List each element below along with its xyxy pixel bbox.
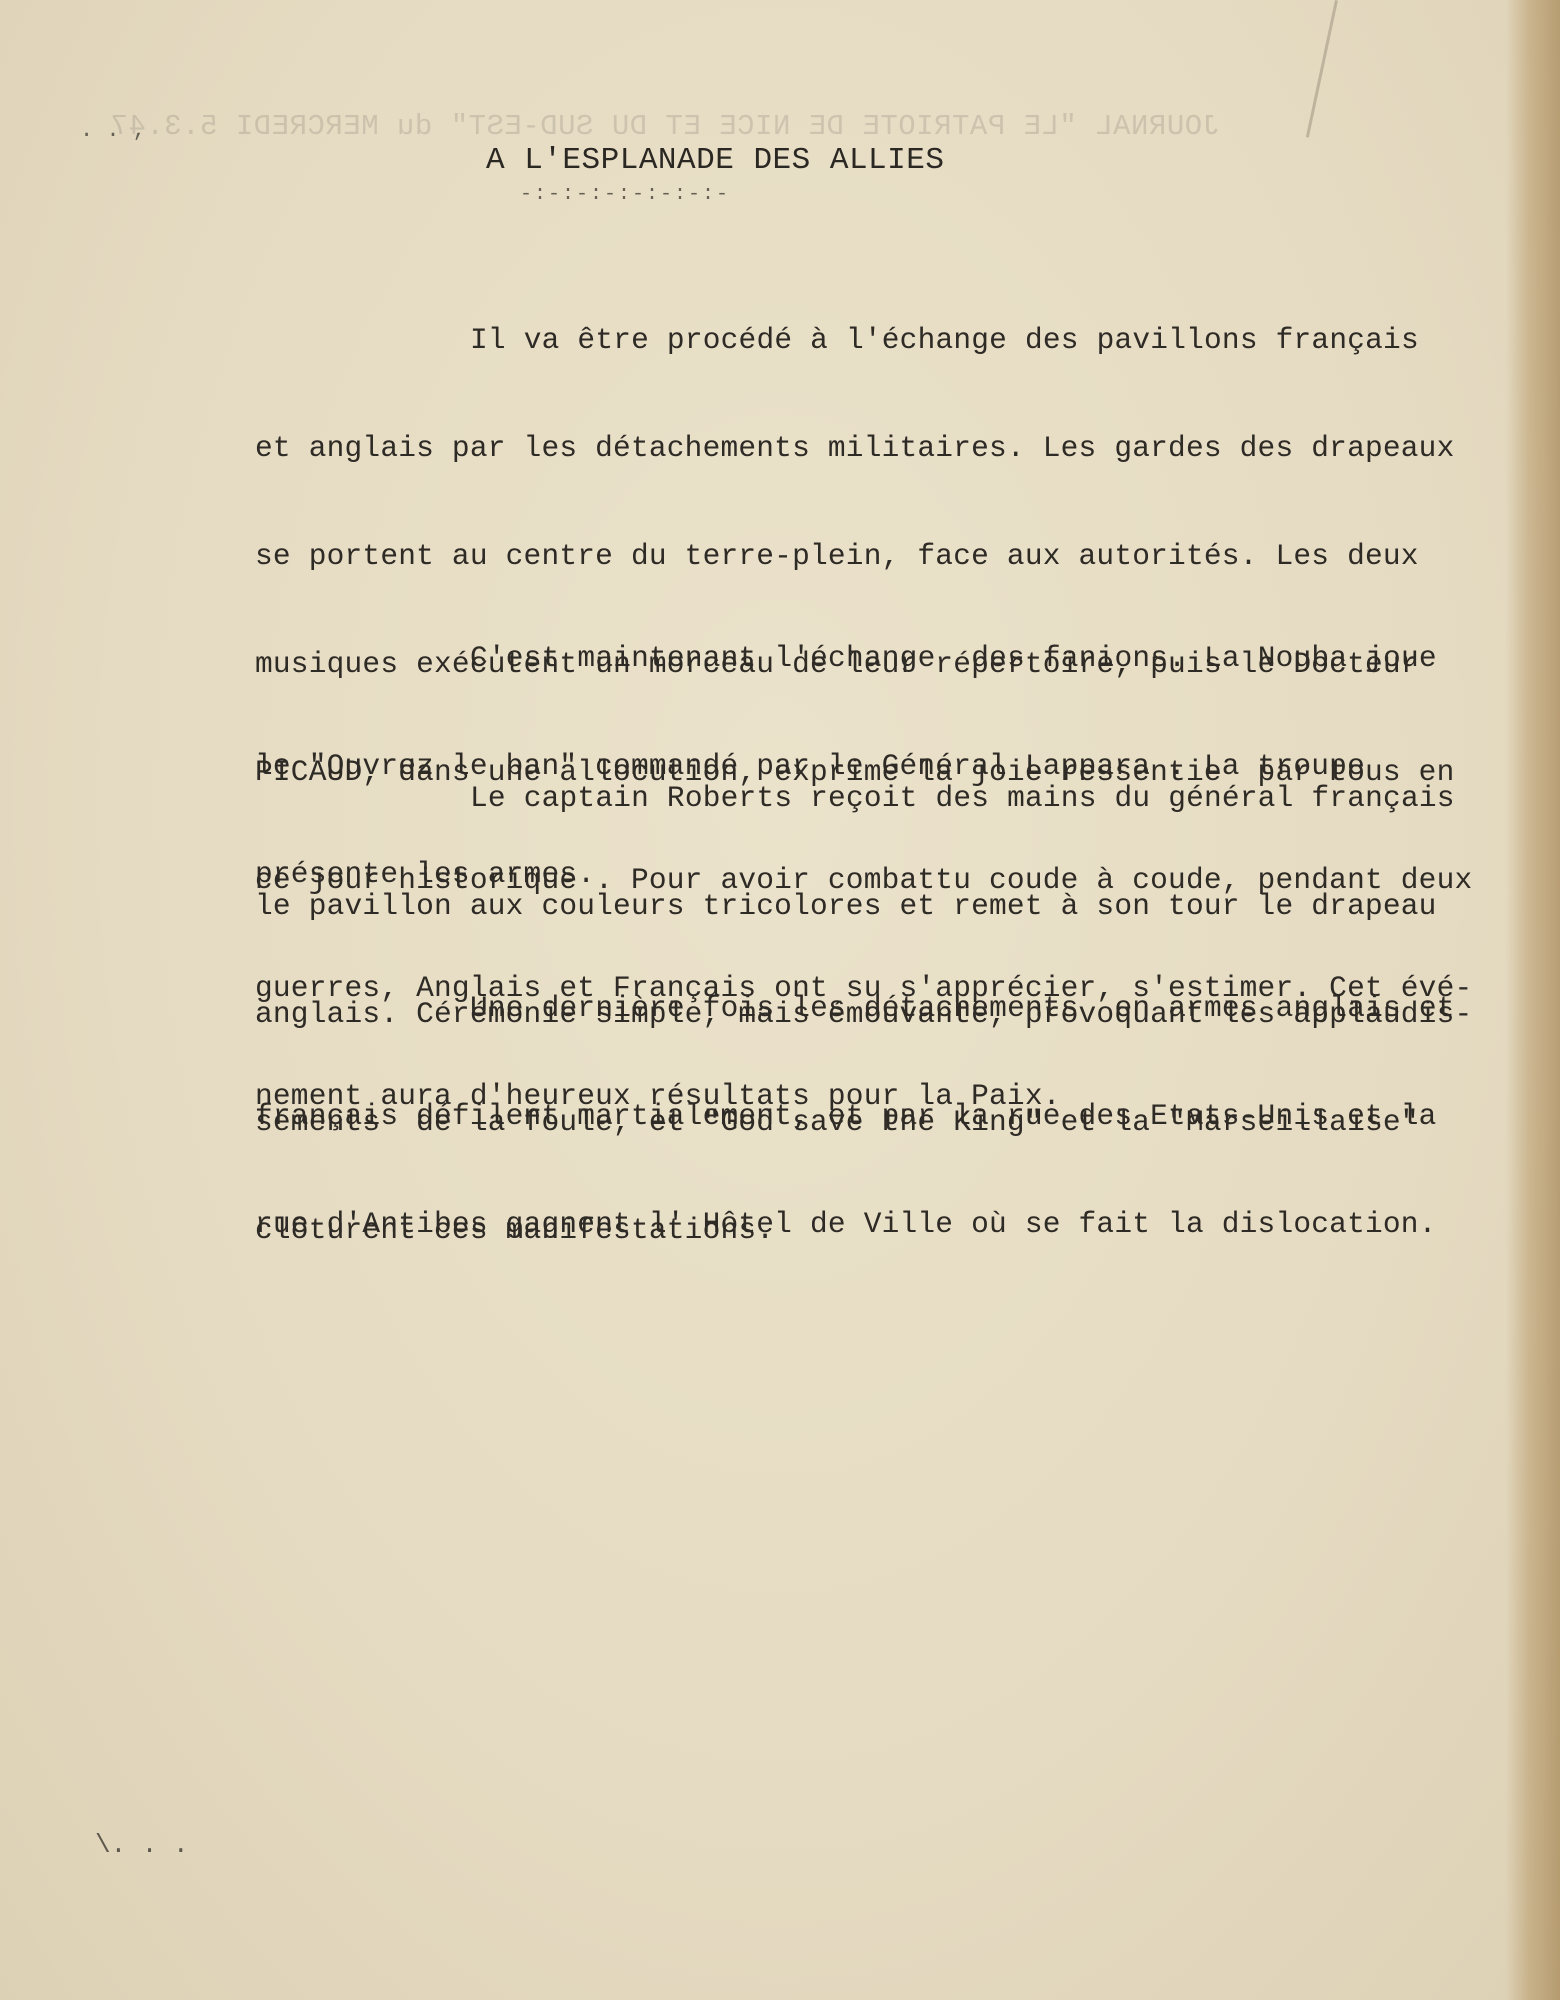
paragraph-line: Il va être procédé à l'échange des pavil… xyxy=(255,322,1555,358)
paragraph-line: Le captain Roberts reçoit des mains du g… xyxy=(255,780,1555,816)
end-of-page-mark: \. . . xyxy=(95,1830,189,1860)
page-marks: . . , xyxy=(80,118,146,143)
paragraph-line: et anglais par les détachements militair… xyxy=(255,430,1555,466)
paragraph-line: Une dernière fois les détachements en ar… xyxy=(255,990,1555,1026)
document-title: A L'ESPLANADE DES ALLIES xyxy=(486,143,944,178)
bleed-through-header: JOURNAL "LE PATRIOTE DE NICE ET DU SUD-E… xyxy=(40,110,1220,143)
paragraph-line: C'est maintenant l'échange des fanions. … xyxy=(255,640,1555,676)
paragraph-line: rue d'Antibes gagnent l' Hôtel de Ville … xyxy=(255,1206,1555,1242)
title-underline-rule: -:-:-:-:-:-:-:- xyxy=(520,183,730,206)
paragraph-line: français défilent martialement, et par l… xyxy=(255,1098,1555,1134)
paragraph-4: Une dernière fois les détachements en ar… xyxy=(255,918,1555,1278)
